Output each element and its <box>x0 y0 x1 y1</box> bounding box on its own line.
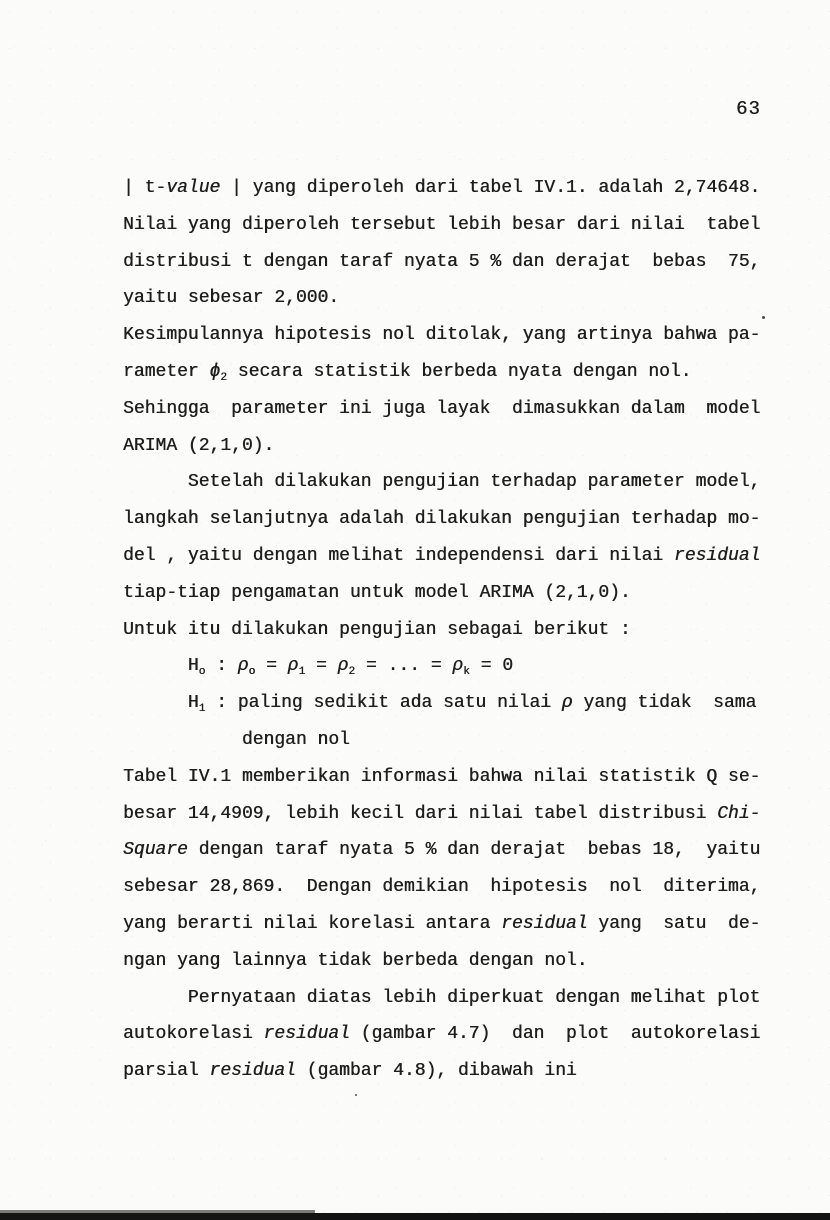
text-line: Nilai yang diperoleh tersebut lebih besa… <box>123 207 760 244</box>
text-line: ngan yang lainnya tidak berbeda dengan n… <box>123 943 760 980</box>
text-line: distribusi t dengan taraf nyata 5 % dan … <box>123 244 760 281</box>
text-line: rameter ϕ2 secara statistik berbeda nyat… <box>123 354 760 391</box>
text-line: Tabel IV.1 memberikan informasi bahwa ni… <box>123 759 760 796</box>
ink-speck <box>762 316 765 319</box>
text-line: Square dengan taraf nyata 5 % dan deraja… <box>123 832 760 869</box>
text-line: H1 : paling sedikit ada satu nilai ρ yan… <box>123 685 760 722</box>
text-line: tiap-tiap pengamatan untuk model ARIMA (… <box>123 575 760 612</box>
text-line: Sehingga parameter ini juga layak dimasu… <box>123 391 760 428</box>
text-line: Ho : ρo = ρ1 = ρ2 = ... = ρk = 0 <box>123 648 760 685</box>
text-line: yang berarti nilai korelasi antara resid… <box>123 906 760 943</box>
text-line: autokorelasi residual (gambar 4.7) dan p… <box>123 1016 760 1053</box>
text-line: Kesimpulannya hipotesis nol ditolak, yan… <box>123 317 760 354</box>
page-text: | t-value | yang diperoleh dari tabel IV… <box>123 170 760 1090</box>
text-line: | t-value | yang diperoleh dari tabel IV… <box>123 170 760 207</box>
text-line: Pernyataan diatas lebih diperkuat dengan… <box>123 980 760 1017</box>
page-number: 63 <box>736 98 761 120</box>
text-line: besar 14,4909, lebih kecil dari nilai ta… <box>123 796 760 833</box>
text-line: del , yaitu dengan melihat independensi … <box>123 538 760 575</box>
text-line: sebesar 28,869. Dengan demikian hipotesi… <box>123 869 760 906</box>
text-line: langkah selanjutnya adalah dilakukan pen… <box>123 501 760 538</box>
text-line: parsial residual (gambar 4.8), dibawah i… <box>123 1053 760 1090</box>
scanned-page: 63 | t-value | yang diperoleh dari tabel… <box>0 0 830 1220</box>
text-line: Untuk itu dilakukan pengujian sebagai be… <box>123 612 760 649</box>
text-line: ARIMA (2,1,0). <box>123 428 760 465</box>
text-line: dengan nol <box>123 722 760 759</box>
text-line: yaitu sebesar 2,000. <box>123 280 760 317</box>
scan-edge <box>0 1213 830 1220</box>
text-line: Setelah dilakukan pengujian terhadap par… <box>123 464 760 501</box>
ink-speck <box>355 1094 357 1096</box>
